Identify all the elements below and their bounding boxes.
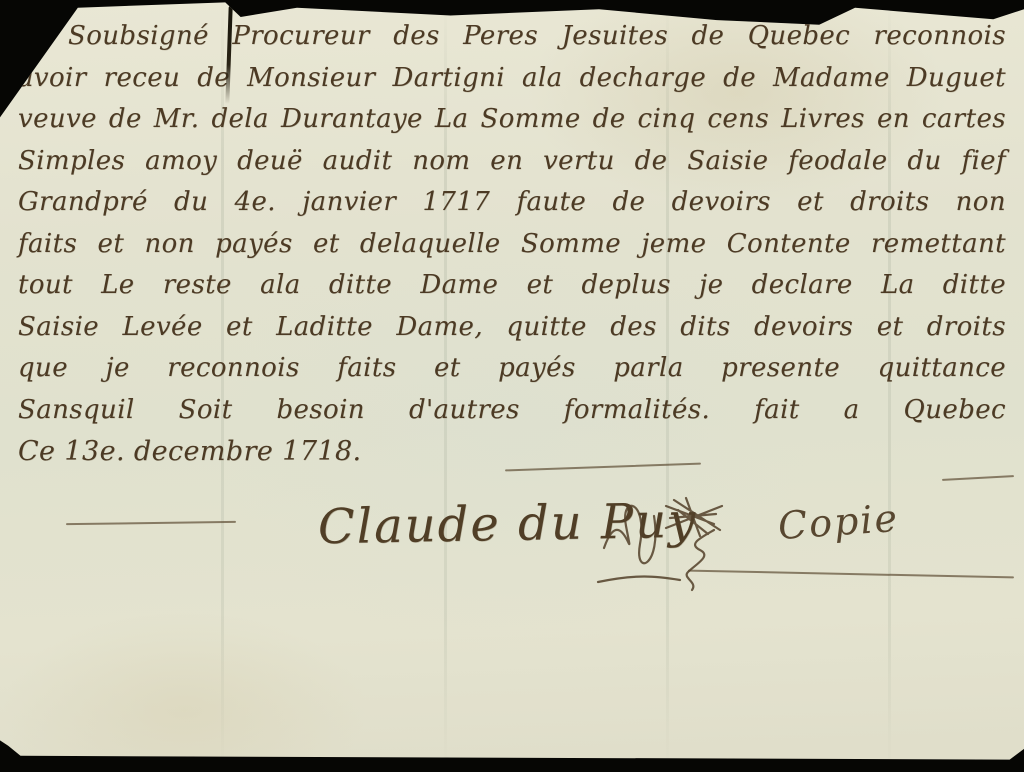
paraph-flourish [596,486,766,596]
handwritten-line: Simples amoy deuë audit nom en vertu de … [18,141,1006,183]
scan-background: Je Soubsigné Procureur des Peres Jesuite… [0,0,1024,772]
handwritten-line: Saisie Levée et Laditte Dame, quitte des… [18,307,1006,349]
flourish-line-right [942,475,1014,481]
copy-annotation: Copie [777,496,901,548]
handwritten-line: Je Soubsigné Procureur des Peres Jesuite… [18,16,1006,58]
handwritten-date-line: Ce 13e. decembre 1718. [18,431,1006,473]
handwritten-line: Grandpré du 4e. janvier 1717 faute de de… [18,182,1006,224]
handwritten-line: que je reconnois faits et payés parla pr… [18,348,1006,390]
manuscript-page: Je Soubsigné Procureur des Peres Jesuite… [0,0,1024,772]
handwritten-line: avoir receu de Monsieur Dartigni ala dec… [18,58,1006,100]
handwritten-line: faits et non payés et delaquelle Somme j… [18,224,1006,266]
flourish-dash-left [66,521,236,525]
handwritten-line: Sansquil Soit besoin d'autres formalités… [18,390,1006,432]
manuscript-text-block: Je Soubsigné Procureur des Peres Jesuite… [18,16,1006,473]
handwritten-line: veuve de Mr. dela Durantaye La Somme de … [18,99,1006,141]
handwritten-line: tout Le reste ala ditte Dame et deplus j… [18,265,1006,307]
